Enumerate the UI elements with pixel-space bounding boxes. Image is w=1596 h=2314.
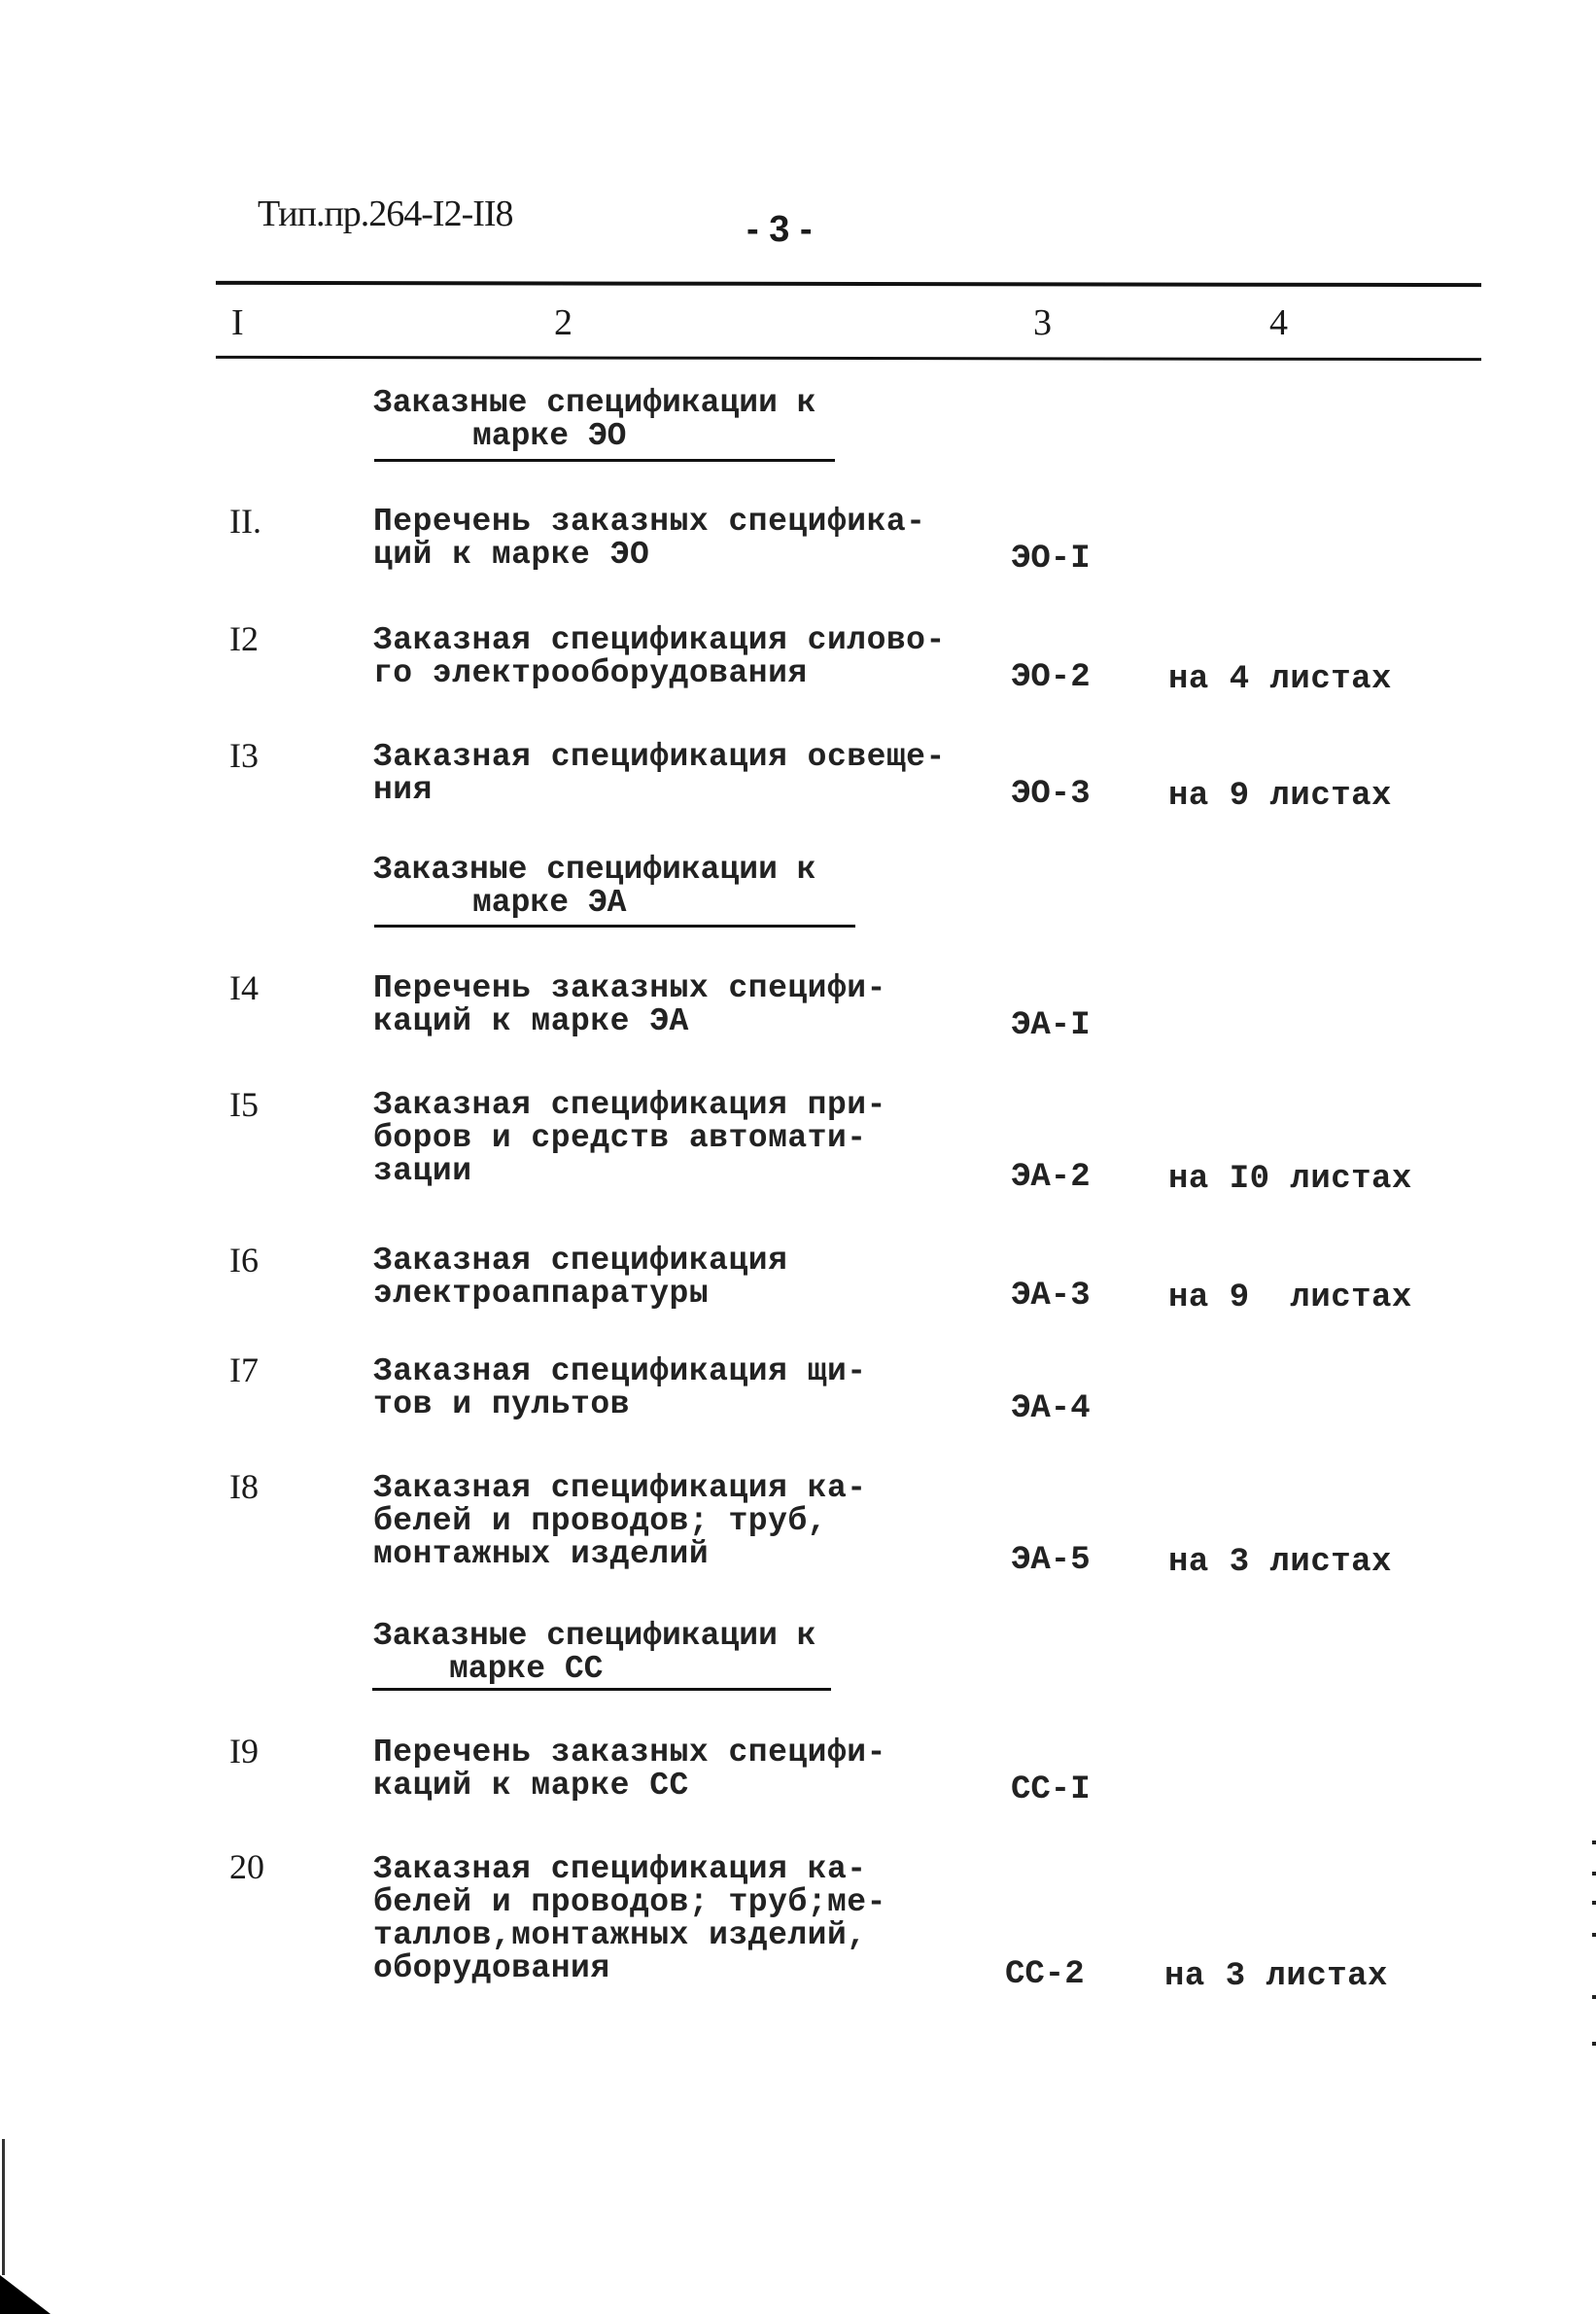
row-number: 20 <box>229 1846 264 1887</box>
row-code: ЭО-3 <box>1011 776 1091 813</box>
row-code: СС-I <box>1011 1771 1091 1808</box>
row-code: ЭА-5 <box>1011 1542 1091 1579</box>
row-number: I7 <box>229 1350 259 1390</box>
row-title: зации <box>373 1155 472 1188</box>
table-header-rule <box>216 356 1481 361</box>
page-number: - 3 - <box>746 209 813 251</box>
section-heading-mark: марке ЭО <box>472 420 626 453</box>
table-top-rule <box>216 281 1481 287</box>
section-underline <box>374 459 835 462</box>
scan-edge-mark <box>1592 1841 1596 1844</box>
row-code: ЭО-2 <box>1011 659 1091 696</box>
row-number: II. <box>229 501 261 542</box>
row-sheets: на 9 листах <box>1168 778 1392 815</box>
row-title: Заказная спецификация щи- <box>373 1355 867 1388</box>
row-title: боров и средств автомати- <box>373 1122 867 1155</box>
row-title: тов и пультов <box>373 1388 630 1421</box>
row-title: монтажных изделий <box>373 1538 709 1571</box>
scan-edge-mark <box>1592 1901 1596 1905</box>
row-code: СС-2 <box>1005 1956 1085 1993</box>
row-sheets: на I0 листах <box>1168 1161 1412 1198</box>
column-header-2: 2 <box>554 301 572 344</box>
scan-corner-shadow <box>0 2275 51 2314</box>
row-title: Перечень заказных специфи- <box>373 972 886 1005</box>
section-heading-mark: марке СС <box>449 1653 603 1686</box>
row-title: каций к марке ЭА <box>373 1005 689 1038</box>
section-underline <box>372 1688 831 1691</box>
row-title: Заказная спецификация силово- <box>373 624 946 657</box>
column-header-1: I <box>231 301 244 344</box>
section-heading: Заказные спецификации к <box>373 387 815 420</box>
row-number: I2 <box>229 618 259 659</box>
scan-edge-mark <box>1592 2042 1596 2046</box>
scan-edge-mark <box>1592 1933 1596 1937</box>
row-sheets: на 3 листах <box>1168 1544 1392 1581</box>
row-title: Заказная спецификация освеще- <box>373 741 946 774</box>
scan-edge-mark <box>1592 1872 1596 1876</box>
row-code: ЭО-I <box>1011 541 1091 578</box>
document-code: Тип.пр.264-I2-II8 <box>258 193 513 235</box>
scan-edge-line <box>2 2139 5 2275</box>
row-code: ЭА-2 <box>1011 1159 1091 1196</box>
row-title: белей и проводов; труб, <box>373 1505 827 1538</box>
row-number: I9 <box>229 1731 259 1771</box>
row-title: электроаппаратуры <box>373 1278 709 1311</box>
row-number: I8 <box>229 1466 259 1507</box>
row-title: ния <box>373 774 433 807</box>
row-title: Перечень заказных спецификa- <box>373 506 926 539</box>
row-title: ций к марке ЭО <box>373 539 649 572</box>
row-code: ЭА-3 <box>1011 1278 1091 1315</box>
row-title: Перечень заказных специфи- <box>373 1736 886 1770</box>
row-number: I4 <box>229 967 259 1008</box>
row-title: Заказная спецификация ка- <box>373 1853 867 1886</box>
row-number: I5 <box>229 1084 259 1125</box>
row-code: ЭА-4 <box>1011 1390 1091 1427</box>
row-title: Заказная спецификация <box>373 1245 787 1278</box>
row-title: таллов,монтажных изделий, <box>373 1919 867 1952</box>
section-heading: Заказные спецификации к <box>373 854 815 887</box>
row-sheets: на 3 листах <box>1164 1958 1388 1995</box>
scan-edge-mark <box>1592 1995 1596 1999</box>
row-title: оборудования <box>373 1952 610 1985</box>
row-title: Заказная спецификация при- <box>373 1089 886 1122</box>
row-title: Заказная спецификация ка- <box>373 1472 867 1505</box>
row-title: каций к марке СС <box>373 1770 689 1803</box>
row-number: I3 <box>229 735 259 776</box>
row-code: ЭА-I <box>1011 1007 1091 1044</box>
section-heading-mark: марке ЭА <box>472 887 626 920</box>
row-sheets: на 9 листах <box>1168 1280 1412 1316</box>
section-underline <box>374 925 855 928</box>
column-header-3: 3 <box>1033 301 1052 344</box>
row-title: го электрооборудования <box>373 657 808 690</box>
row-number: I6 <box>229 1240 259 1280</box>
section-heading: Заказные спецификации к <box>373 1620 815 1653</box>
row-sheets: на 4 листах <box>1168 661 1392 698</box>
column-header-4: 4 <box>1269 301 1288 344</box>
row-title: белей и проводов; труб;ме- <box>373 1886 886 1919</box>
